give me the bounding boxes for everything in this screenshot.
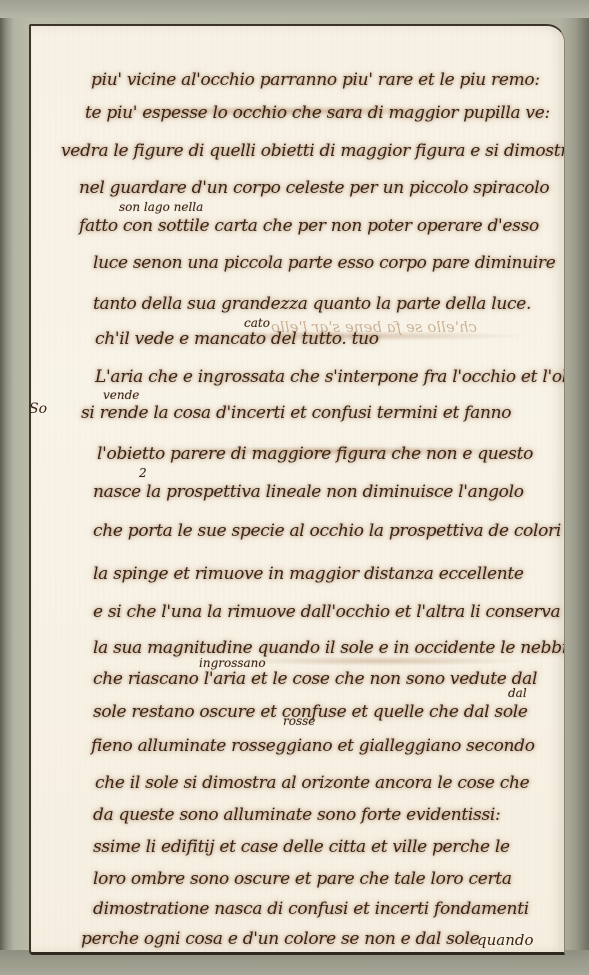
margin-note: So <box>29 401 47 417</box>
text-line: ch'il vede e mancato del tutto. tuo <box>95 329 379 349</box>
text-line: luce senon una piccola parte esso corpo … <box>93 253 556 273</box>
text-line: nasce la prospettiva lineale non diminui… <box>93 482 524 502</box>
text-line: te piu' espesse lo occhio che sara di ma… <box>85 103 550 123</box>
text-line: perche ogni cosa e d'un colore se non e … <box>81 929 479 949</box>
text-line: la sua magnitudine quando il sole e in o… <box>93 638 565 658</box>
interlinear-insertion: vende <box>103 388 139 402</box>
text-line: che riascano l'aria et le cose che non s… <box>93 669 537 689</box>
text-line: fieno alluminate rosseggiano et giallegg… <box>91 736 535 756</box>
text-line: vedra le figure di quelli obietti di mag… <box>61 141 565 161</box>
interlinear-insertion: rosse <box>283 714 315 728</box>
backing-top-edge <box>0 0 589 18</box>
interlinear-insertion: cato <box>244 316 270 330</box>
interlinear-insertion: ingrossano <box>199 656 266 670</box>
text-line: che porta le sue specie al occhio la pro… <box>93 521 561 541</box>
text-line: nel guardare d'un corpo celeste per un p… <box>79 178 549 198</box>
text-line: che il sole si dimostra al orizonte anco… <box>95 773 529 793</box>
text-line: e si che l'una la rimuove dall'occhio et… <box>93 602 560 622</box>
manuscript-page: ch'ello se fa bene s'ar l'ello piu' vici… <box>29 24 565 955</box>
text-line: loro ombre sono oscure et pare che tale … <box>93 869 512 889</box>
text-line: ssime li edifitij et case delle citta et… <box>93 837 510 857</box>
text-line: L'aria che e ingrossata che s'interpone … <box>95 367 565 387</box>
text-line: si rende la cosa d'incerti et confusi te… <box>81 403 511 423</box>
text-line: l'obietto parere di maggiore figura che … <box>97 444 533 464</box>
text-line: tanto della sua grandezza quanto la part… <box>93 294 531 314</box>
text-line: la spinge et rimuove in maggior distanza… <box>93 564 524 584</box>
text-line: da queste sono alluminate sono forte evi… <box>93 805 500 825</box>
text-line: piu' vicine al'occhio parranno piu' rare… <box>91 70 540 90</box>
text-line: dimostratione nasca di confusi et incert… <box>93 899 529 919</box>
interlinear-insertion: 2 <box>139 466 147 480</box>
catchword: quando <box>477 931 534 949</box>
text-line: fatto con sottile carta che per non pote… <box>79 216 539 236</box>
interlinear-insertion: son lago nella <box>119 200 203 214</box>
interlinear-insertion: dal <box>508 686 527 700</box>
